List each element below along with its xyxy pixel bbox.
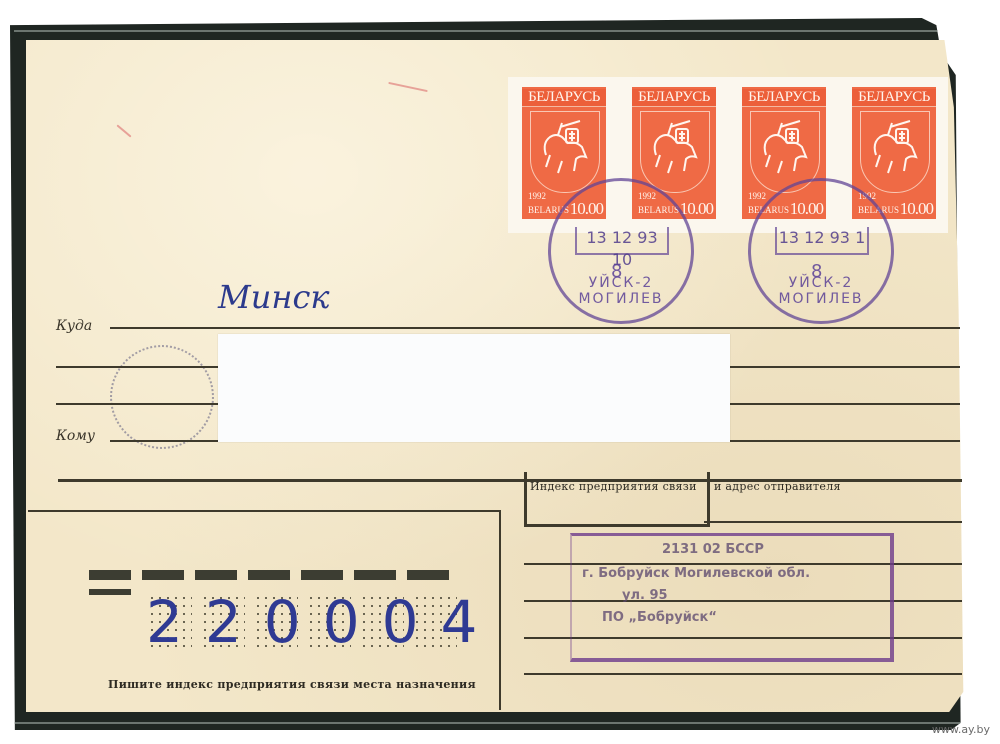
stamp-title: БЕЛАРУСЬ <box>852 89 936 107</box>
stamp-year: 1992 <box>748 191 766 201</box>
sender-stamp-line: ПО „Бобруйск“ <box>602 610 717 625</box>
sender-rubber-stamp: 2131 02 БССР г. Бобруйск Могилевской обл… <box>570 533 894 662</box>
knight-icon <box>536 117 592 179</box>
stamp-value: 10.00 <box>900 199 933 219</box>
frame-line <box>28 510 500 512</box>
postmark-ring-text: УЙСК-2 МОГИЛЕВ <box>551 275 691 307</box>
knight-icon <box>866 117 922 179</box>
postal-code-bar <box>195 570 237 580</box>
sender-stamp-line: 2131 02 БССР <box>662 542 764 557</box>
watermark: www.ay.by <box>932 723 990 736</box>
sender-line <box>524 673 962 675</box>
postmark-date: 13 12 93 1 <box>775 227 869 255</box>
sender-line <box>704 521 962 523</box>
handwritten-city: Минск <box>218 278 329 316</box>
postal-code-bar <box>248 570 290 580</box>
sender-stamp-line: г. Бобруйск Могилевской обл. <box>582 566 810 581</box>
postmark: 13 12 93 1 8 УЙСК-2 МОГИЛЕВ <box>748 178 894 324</box>
stamp-title: БЕЛАРУСЬ <box>742 89 826 107</box>
postmark: 13 12 93 10 8 УЙСК-2 МОГИЛЕВ <box>548 178 694 324</box>
postmark-ring-text: УЙСК-2 МОГИЛЕВ <box>751 275 891 307</box>
label-kuda: Куда <box>56 318 92 334</box>
postal-code-instruction: Пишите индекс предприятия связи места на… <box>108 678 476 691</box>
postal-code-bar <box>354 570 396 580</box>
sender-stamp-line: ул. 95 <box>622 588 668 603</box>
sender-index-label: Индекс предприятия связи <box>530 480 697 493</box>
address-line <box>110 327 960 329</box>
faint-postmark <box>110 345 214 449</box>
postal-code-bar <box>142 570 184 580</box>
handwritten-postal-code: 220004 <box>146 588 499 656</box>
postmark-date: 13 12 93 10 <box>575 227 669 255</box>
knight-icon <box>646 117 702 179</box>
address-cover-sticker <box>218 334 730 442</box>
stamp-title: БЕЛАРУСЬ <box>632 89 716 107</box>
postal-code-bar <box>89 570 131 580</box>
stamp-title: БЕЛАРУСЬ <box>522 89 606 107</box>
postal-code-bar <box>301 570 343 580</box>
stamp-year: 1992 <box>528 191 546 201</box>
postal-code-bar <box>407 570 449 580</box>
label-komu: Кому <box>56 428 95 444</box>
sender-address-label: и адрес отправителя <box>714 480 841 493</box>
knight-icon <box>756 117 812 179</box>
postal-code-bar <box>89 589 131 595</box>
